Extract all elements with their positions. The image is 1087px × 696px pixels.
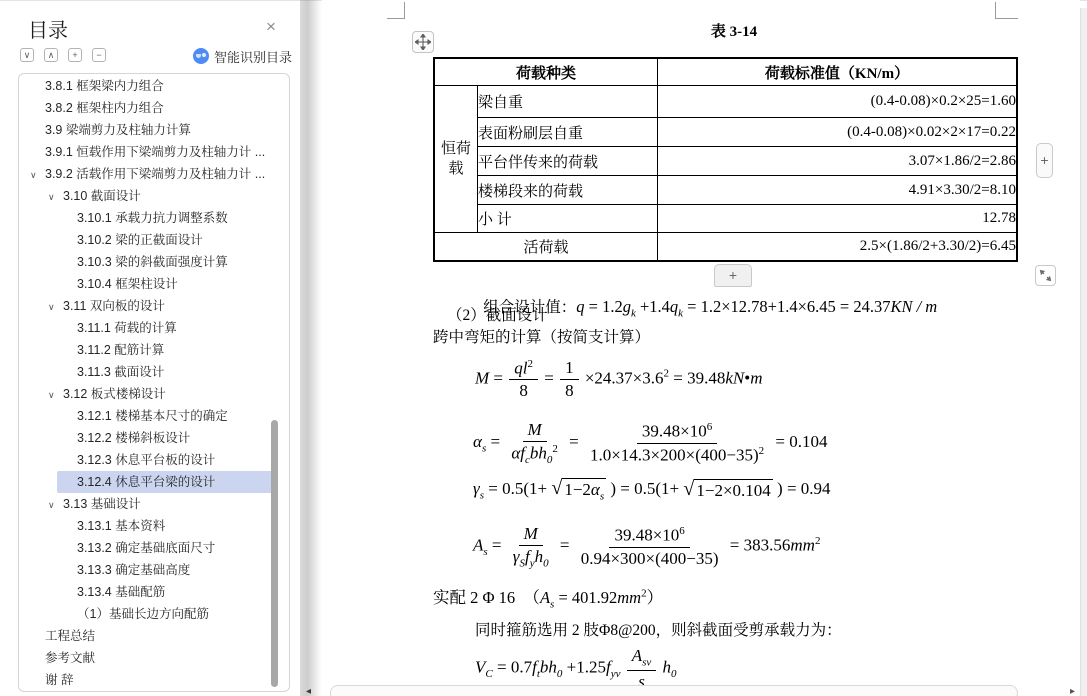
- toc-item[interactable]: 3.8.2 框架柱内力组合: [19, 97, 289, 119]
- table-cell: 3.07×1.86/2=2.86: [658, 147, 1018, 176]
- table-cell: 活荷载: [434, 233, 658, 262]
- table-row: 小 计 12.78: [434, 205, 1017, 233]
- toc-item[interactable]: 工程总结: [19, 625, 289, 647]
- alpha-s-formula: αs = Mαfcbh02 = 39.48×1061.0×14.3×200×(4…: [473, 420, 827, 466]
- gamma-s-formula: γs = 0.5(1+ √1−2αs ) = 0.5(1+ √1−2×0.104…: [473, 478, 831, 502]
- scroll-right-icon[interactable]: ▸: [1070, 686, 1075, 696]
- toc-item[interactable]: 3.12.3 休息平台板的设计: [19, 449, 289, 471]
- table-row: 荷载种类 荷载标准值（KN/m）: [434, 58, 1017, 86]
- page-margin-mark: [995, 2, 996, 19]
- toc-item-label: 参考文献: [45, 651, 95, 665]
- toc-item[interactable]: 谢 辞: [19, 669, 289, 691]
- add-row-button[interactable]: +: [714, 264, 752, 287]
- chevron-down-icon[interactable]: ∨: [48, 494, 63, 515]
- toc-item-label: 3.13.1 基本资料: [77, 519, 165, 533]
- toc-item[interactable]: 3.8.1 框架梁内力组合: [19, 75, 289, 97]
- table-cell: 楼梯段来的荷载: [478, 176, 658, 205]
- toc-item[interactable]: 3.12.2 楼梯斜板设计: [19, 427, 289, 449]
- toc-item[interactable]: 3.10.2 梁的正截面设计: [19, 229, 289, 251]
- table-cell: 2.5×(1.86/2+3.30/2)=6.45: [658, 233, 1018, 262]
- document-page: 表 3-14 荷载种类 荷载标准值（KN/m） 恒荷载 梁自重 (0.4-0.0…: [322, 0, 1080, 696]
- vertical-scrollbar[interactable]: [1080, 8, 1087, 696]
- table-cell: 小 计: [478, 205, 658, 233]
- toc-item[interactable]: 3.12.1 楼梯基本尺寸的确定: [19, 405, 289, 427]
- expand-all-icon[interactable]: ∨: [20, 48, 34, 62]
- toc-item-label: 3.8.1 框架梁内力组合: [45, 79, 164, 93]
- close-icon[interactable]: ×: [266, 18, 276, 35]
- toc-item-label: （1）基础长边方向配筋: [77, 607, 209, 621]
- toc-item[interactable]: ∨3.11 双向板的设计: [19, 295, 289, 317]
- toc-item[interactable]: 3.10.4 框架柱设计: [19, 273, 289, 295]
- page-margin-mark: [404, 2, 405, 19]
- toc-item[interactable]: 3.9.1 恒载作用下梁端剪力及柱轴力计 ...: [19, 141, 289, 163]
- toc-item[interactable]: 3.12.4 休息平台梁的设计: [57, 471, 273, 493]
- table-header-cell: 荷载标准值（KN/m）: [658, 58, 1018, 86]
- toc-item[interactable]: 3.10.3 梁的斜截面强度计算: [19, 251, 289, 273]
- toc-item-label: 3.11.1 荷载的计算: [77, 321, 177, 335]
- table-cell: (0.4-0.08)×0.2×25=1.60: [658, 86, 1018, 118]
- toc-panel-title: 目录: [28, 14, 68, 43]
- table-group-cell: 恒荷载: [434, 86, 478, 233]
- toc-item[interactable]: 3.9 梁端剪力及柱轴力计算: [19, 119, 289, 141]
- toc-item[interactable]: ∨3.13 基础设计: [19, 493, 289, 515]
- table-move-handle-icon[interactable]: [412, 31, 434, 53]
- toc-item-label: 3.9.2 活载作用下梁端剪力及柱轴力计 ...: [45, 167, 265, 181]
- toc-item[interactable]: ∨3.9.2 活载作用下梁端剪力及柱轴力计 ...: [19, 163, 289, 185]
- chevron-down-icon[interactable]: ∨: [48, 296, 63, 317]
- toc-item-label: 3.12.2 楼梯斜板设计: [77, 431, 190, 445]
- toc-item-label: 3.10.3 梁的斜截面强度计算: [77, 255, 228, 269]
- table-cell: (0.4-0.08)×0.02×2×17=0.22: [658, 118, 1018, 147]
- toc-item[interactable]: 3.11.1 荷载的计算: [19, 317, 289, 339]
- table-caption: 表 3-14: [433, 20, 1035, 41]
- table-row: 恒荷载 梁自重 (0.4-0.08)×0.2×25=1.60: [434, 86, 1017, 118]
- toc-item-label: 3.9.1 恒载作用下梁端剪力及柱轴力计 ...: [45, 145, 265, 159]
- toc-item[interactable]: 3.11.2 配筋计算: [19, 339, 289, 361]
- toc-item-label: 3.10.1 承载力抗力调整系数: [77, 211, 228, 225]
- toc-item[interactable]: 3.13.3 确定基础高度: [19, 559, 289, 581]
- chevron-down-icon[interactable]: ∨: [48, 384, 63, 405]
- collapse-all-icon[interactable]: ∧: [44, 48, 58, 62]
- toc-item[interactable]: 3.13.1 基本资料: [19, 515, 289, 537]
- panel-shadow: [300, 0, 322, 696]
- toc-item-label: 3.11.3 截面设计: [77, 365, 164, 379]
- table-cell: 梁自重: [478, 86, 658, 118]
- table-header-cell: 荷载种类: [434, 58, 658, 86]
- toc-item-label: 3.12.4 休息平台梁的设计: [77, 475, 215, 489]
- table-cell: 12.78: [658, 205, 1018, 233]
- page-margin-mark: [995, 18, 1018, 19]
- table-row: 表面粉刷层自重 (0.4-0.08)×0.02×2×17=0.22: [434, 118, 1017, 147]
- toc-item-label: 3.11 双向板的设计: [63, 299, 165, 313]
- horizontal-scrollbar[interactable]: [330, 685, 1018, 696]
- toc-item[interactable]: ∨3.10 截面设计: [19, 185, 289, 207]
- toc-item[interactable]: 参考文献: [19, 647, 289, 669]
- toc-panel: 目录 × ∨ ∧ + − 智能识别目录 3.8.1 框架梁内力组合3.8.2 框…: [0, 1, 300, 696]
- table-row: 活荷载 2.5×(1.86/2+3.30/2)=6.45: [434, 233, 1017, 262]
- moment-intro: 跨中弯矩的计算（按简支计算）: [433, 325, 650, 347]
- toc-item[interactable]: 3.10.1 承载力抗力调整系数: [19, 207, 289, 229]
- load-table: 荷载种类 荷载标准值（KN/m） 恒荷载 梁自重 (0.4-0.08)×0.2×…: [433, 57, 1018, 262]
- smart-recognize-toc-button[interactable]: 智能识别目录: [193, 47, 292, 65]
- rebar-selection-line: 实配 2 Φ 16 （As = 401.92mm2）: [433, 584, 663, 610]
- chevron-down-icon[interactable]: ∨: [30, 164, 45, 185]
- toc-item-label: 3.8.2 框架柱内力组合: [45, 101, 164, 115]
- toc-item[interactable]: ∨3.12 板式楼梯设计: [19, 383, 289, 405]
- table-cell: 表面粉刷层自重: [478, 118, 658, 147]
- page-margin-mark: [387, 18, 405, 19]
- table-row: 楼梯段来的荷载 4.91×3.30/2=8.10: [434, 176, 1017, 205]
- expand-table-icon[interactable]: [1035, 265, 1056, 286]
- table-cell: 平台伴传来的荷载: [478, 147, 658, 176]
- toc-item[interactable]: （1）基础长边方向配筋: [19, 603, 289, 625]
- table-row: 平台伴传来的荷载 3.07×1.86/2=2.86: [434, 147, 1017, 176]
- chevron-down-icon[interactable]: ∨: [48, 186, 63, 207]
- toc-item[interactable]: 3.13.4 基础配筋: [19, 581, 289, 603]
- table-cell: 4.91×3.30/2=8.10: [658, 176, 1018, 205]
- toc-item-label: 3.12.3 休息平台板的设计: [77, 453, 215, 467]
- toc-item-label: 3.9 梁端剪力及柱轴力计算: [45, 123, 191, 137]
- toc-item-label: 3.12.1 楼梯基本尺寸的确定: [77, 409, 228, 423]
- toc-item-label: 工程总结: [45, 629, 95, 643]
- as-formula: As = MγSfyh0 = 39.48×1060.94×300×(400−35…: [473, 524, 820, 570]
- toc-item-label: 3.13.4 基础配筋: [77, 585, 165, 599]
- toc-item[interactable]: 3.13.2 确定基础底面尺寸: [19, 537, 289, 559]
- zoom-in-icon[interactable]: +: [68, 48, 82, 62]
- toc-item-label: 3.11.2 配筋计算: [77, 343, 164, 357]
- add-column-button[interactable]: +: [1036, 143, 1053, 178]
- robot-face-icon: [193, 48, 209, 64]
- zoom-out-icon[interactable]: −: [92, 48, 106, 62]
- toc-item-label: 3.10 截面设计: [63, 189, 141, 203]
- toc-item-label: 3.13.2 确定基础底面尺寸: [77, 541, 215, 555]
- toc-item-label: 3.13.3 确定基础高度: [77, 563, 190, 577]
- scroll-left-icon[interactable]: ◂: [306, 686, 311, 696]
- toc-item-label: 3.13 基础设计: [63, 497, 141, 511]
- toc-item-label: 3.12 板式楼梯设计: [63, 387, 166, 401]
- combo-design-formula: q = 1.2gk +1.4qk = 1.2×12.78+1.4×6.45 = …: [576, 297, 937, 316]
- toc-item-label: 谢 辞: [45, 673, 73, 687]
- toc-scrollbar-thumb[interactable]: [271, 420, 278, 687]
- smart-recognize-toc-label: 智能识别目录: [214, 47, 292, 66]
- toc-list: 3.8.1 框架梁内力组合3.8.2 框架柱内力组合3.9 梁端剪力及柱轴力计算…: [18, 73, 290, 692]
- toc-item-label: 3.10.2 梁的正截面设计: [77, 233, 203, 247]
- moment-formula: M = ql28 = 18 ×24.37×3.62 = 39.48kN•m: [475, 358, 763, 401]
- section-heading: （2）截面设计: [447, 303, 548, 325]
- stirrup-line: 同时箍筋选用 2 肢Φ8@200，则斜截面受剪承载力为：: [475, 618, 842, 640]
- app-window: 目录 × ∨ ∧ + − 智能识别目录 3.8.1 框架梁内力组合3.8.2 框…: [0, 0, 1087, 696]
- toc-item-label: 3.10.4 框架柱设计: [77, 277, 178, 291]
- toc-item[interactable]: 3.11.3 截面设计: [19, 361, 289, 383]
